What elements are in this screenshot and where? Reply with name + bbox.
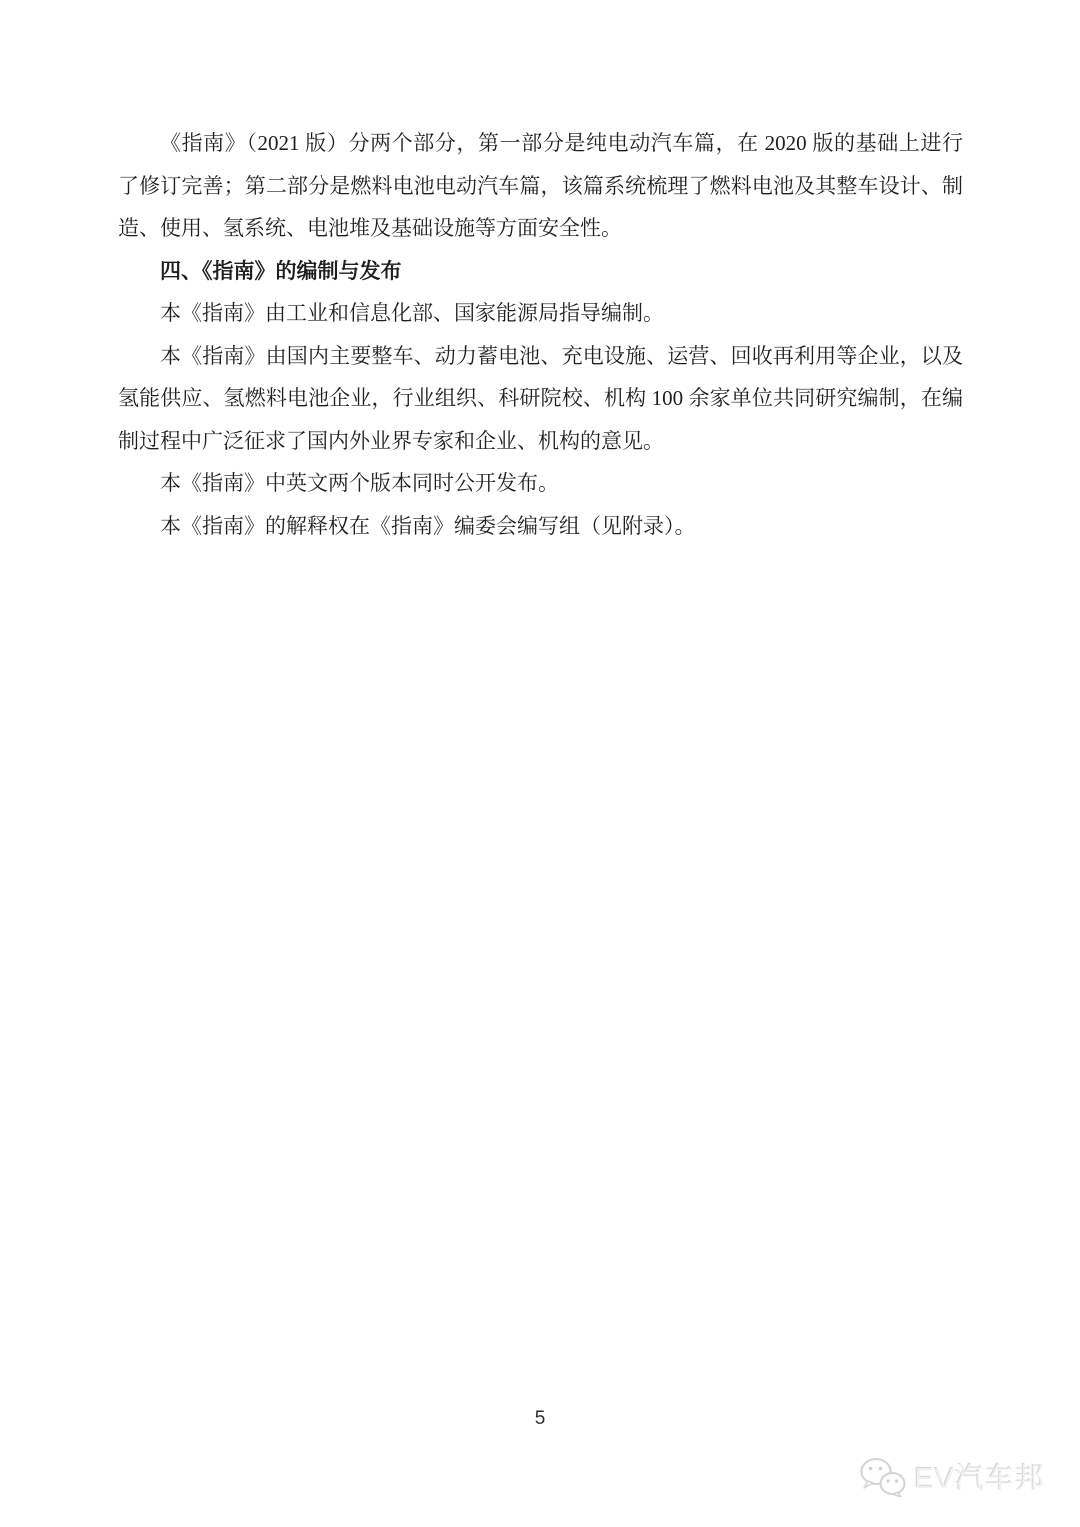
section-heading-compilation: 四、《指南》的编制与发布 (118, 250, 963, 293)
page-number: 5 (0, 1408, 1080, 1430)
paragraph-guide-structure: 《指南》（2021 版）分两个部分，第一部分是纯电动汽车篇，在 2020 版的基… (118, 122, 963, 250)
paragraph-contributors: 本《指南》由国内主要整车、动力蓄电池、充电设施、运营、回收再利用等企业，以及氢能… (118, 335, 963, 463)
wechat-icon (859, 1457, 907, 1497)
watermark-brand-text: EV汽车邦 (914, 1456, 1045, 1497)
watermark: EV汽车邦 (859, 1456, 1045, 1497)
document-body: 《指南》（2021 版）分两个部分，第一部分是纯电动汽车篇，在 2020 版的基… (118, 122, 963, 547)
document-page: { "doc": { "paragraphs": [ "《指南》（2021 版）… (0, 0, 1080, 1527)
paragraph-guidance-bodies: 本《指南》由工业和信息化部、国家能源局指导编制。 (118, 292, 963, 335)
paragraph-bilingual-release: 本《指南》中英文两个版本同时公开发布。 (118, 462, 963, 505)
paragraph-interpretation-rights: 本《指南》的解释权在《指南》编委会编写组（见附录）。 (118, 505, 963, 548)
